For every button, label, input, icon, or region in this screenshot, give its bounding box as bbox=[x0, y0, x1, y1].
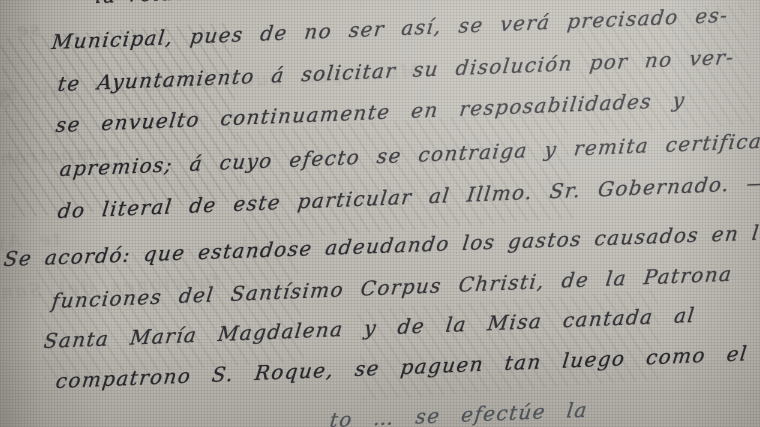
manuscript-line-9: Santa María Magdalena y de la Misa canta… bbox=[43, 303, 697, 353]
ink-bleedthrough-text: se envuelto continuamente en resposabili… bbox=[0, 18, 41, 72]
ink-bleedthrough-text: funciones del Santísimo Corpus Christi, … bbox=[0, 270, 221, 327]
manuscript-line-10: compatrono S. Roque, se paguen tan luego… bbox=[55, 341, 750, 393]
ink-bleedthrough-hatch bbox=[36, 241, 304, 379]
manuscript-line-6: do literal de este particular al Illmo. … bbox=[57, 168, 760, 223]
manuscript-line-8: funciones del Santísimo Corpus Christi, … bbox=[51, 262, 734, 313]
manuscript-line-1: la relación del cuerpo bbox=[95, 0, 364, 8]
manuscript-line-4: se envuelto continuamente en resposabili… bbox=[55, 88, 687, 137]
ink-bleedthrough-text: Municipal, pues de no ser así, se verá p… bbox=[0, 60, 421, 117]
manuscript-line-5: apremios; á cuyo efecto se contraiga y r… bbox=[59, 128, 760, 181]
photo-vignette bbox=[0, 0, 760, 427]
ink-bleedthrough-hatch bbox=[237, 109, 574, 242]
manuscript-line-7: Se acordó: que estandose adeudando los g… bbox=[3, 220, 760, 271]
ink-bleedthrough-hatch bbox=[0, 22, 242, 218]
manuscript-line-3: te Ayuntamiento á solicitar su disolució… bbox=[57, 45, 736, 96]
manuscript-line-11: to … se efectúe la bbox=[329, 398, 590, 427]
ink-bleedthrough-text: Santa María Magdalena y de la Misa canta… bbox=[0, 90, 10, 133]
ink-bleedthrough-text: te Ayuntamiento á solicitar su disolució… bbox=[0, 228, 60, 274]
manuscript-photo: se envuelto continuamente en resposabili… bbox=[0, 0, 760, 427]
manuscript-line-2: Municipal, pues de no ser así, se verá p… bbox=[51, 3, 730, 54]
ink-bleedthrough-text: compatrono S. Roque, se paguen tan luego… bbox=[0, 140, 121, 208]
ink-bleedthrough-hatch bbox=[357, 290, 663, 401]
ink-bleedthrough-hatch bbox=[576, 4, 754, 136]
